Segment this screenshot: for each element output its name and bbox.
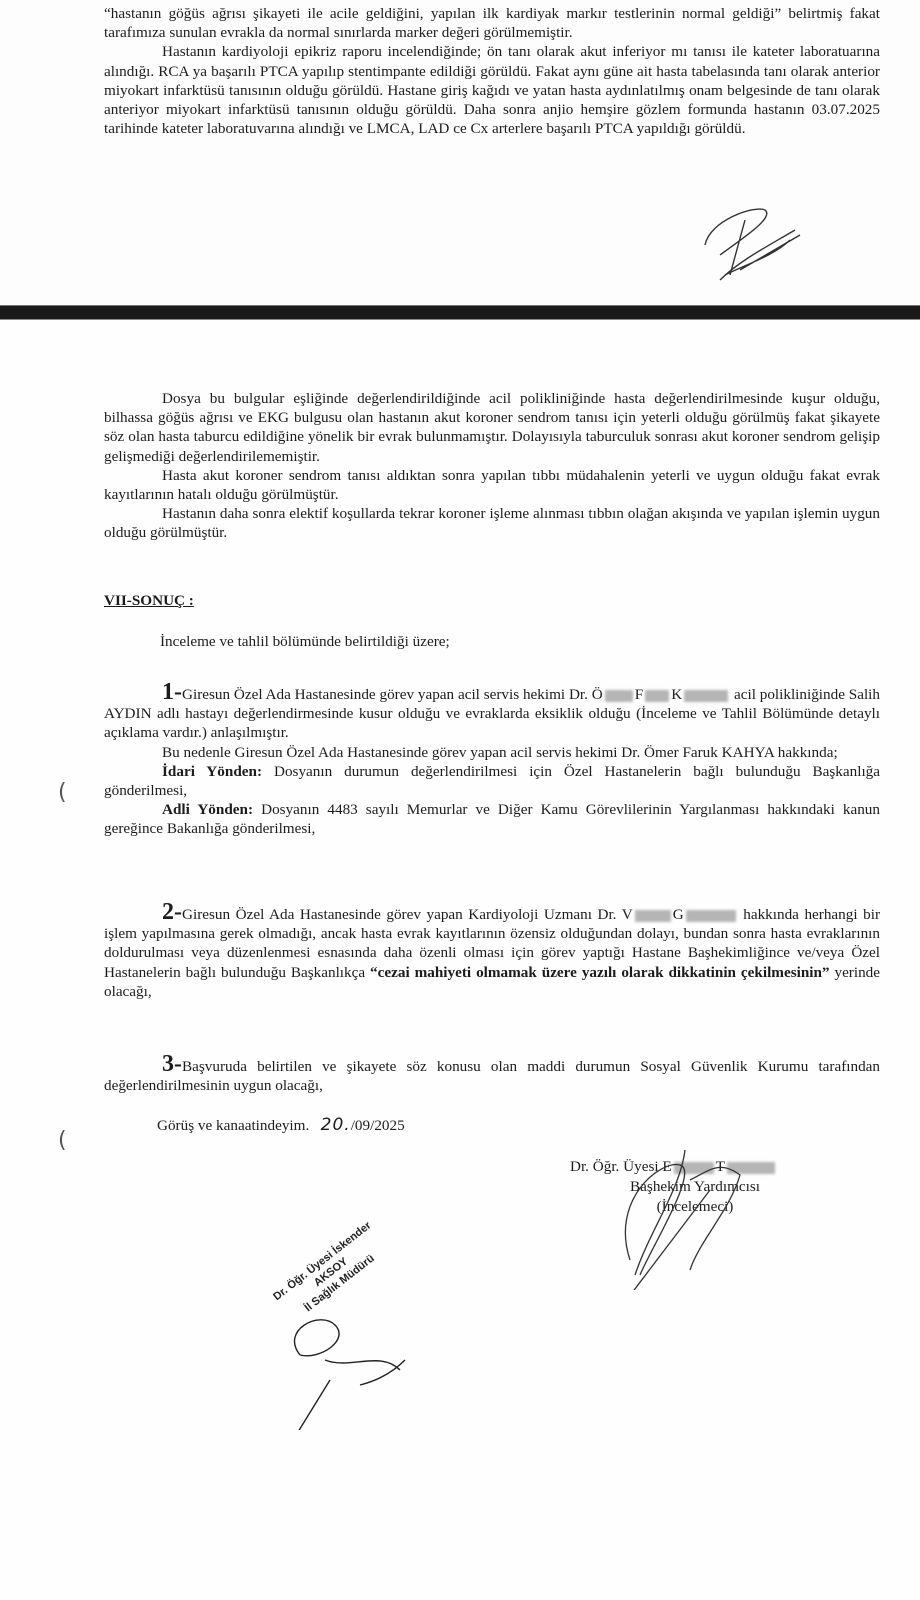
- upper-text-block: “hastanın göğüs ağrısı şikayeti ile acil…: [104, 4, 880, 138]
- redacted-block: [684, 690, 728, 702]
- signer-title: Başhekim Yardımcısı: [570, 1177, 820, 1197]
- signature-upper-icon: [700, 200, 820, 300]
- conclusion-item-1: 1-Giresun Özel Ada Hastanesinde görev ya…: [104, 683, 880, 839]
- page-upper: “hastanın göğüs ağrısı şikayeti ile acil…: [0, 0, 920, 305]
- redacted-block: [686, 910, 736, 922]
- page-divider: [0, 305, 920, 320]
- item-number: 1-: [162, 679, 182, 705]
- item-text: Giresun Özel Ada Hastanesinde görev yapa…: [182, 686, 603, 703]
- redacted-block: [645, 690, 669, 702]
- paragraph: “hastanın göğüs ağrısı şikayeti ile acil…: [104, 4, 880, 42]
- margin-bracket-mark: (: [58, 1128, 67, 1153]
- closing-line: Görüş ve kanaatindeyim. 20./09/2025: [157, 1115, 405, 1135]
- redacted-block: [674, 1162, 714, 1174]
- conclusion-heading: VII-SONUÇ :: [104, 592, 194, 610]
- printed-date: /09/2025: [351, 1117, 405, 1134]
- label-idari: İdari Yönden:: [162, 763, 262, 780]
- item-number: 2-: [162, 899, 182, 925]
- redacted-block: [605, 690, 633, 702]
- conclusion-item-3: 3-Başvuruda belirtilen ve şikayete söz k…: [104, 1055, 880, 1095]
- margin-bracket-mark: (: [58, 780, 67, 805]
- paragraph: Hastanın kardiyoloji epikriz raporu ince…: [104, 42, 880, 138]
- paragraph: Bu nedenle Giresun Özel Ada Hastanesinde…: [104, 743, 880, 762]
- redacted-block: [727, 1162, 775, 1174]
- redacted-block: [635, 910, 671, 922]
- findings-text-block: Dosya bu bulgular eşliğinde değerlendiri…: [104, 389, 880, 543]
- signer-role: (İncelemeci): [570, 1197, 820, 1217]
- label-adli: Adli Yönden:: [162, 801, 253, 818]
- paragraph: Dosya bu bulgular eşliğinde değerlendiri…: [104, 389, 880, 466]
- signature-block: Dr. Öğr. Üyesi ET Başhekim Yardımcısı (İ…: [570, 1157, 820, 1217]
- conclusion-intro: İnceleme ve tahlil bölümünde belirtildiğ…: [160, 633, 450, 651]
- item-number: 3-: [162, 1051, 182, 1077]
- conclusion-item-2: 2-Giresun Özel Ada Hastanesinde görev ya…: [104, 903, 880, 1001]
- emphasis-quote: “cezai mahiyeti olmamak üzere yazılı ola…: [370, 964, 829, 981]
- signer-name: Dr. Öğr. Üyesi E: [570, 1158, 672, 1175]
- paragraph: Hasta akut koroner sendrom tanısı aldıkt…: [104, 466, 880, 504]
- paragraph: Hastanın daha sonra elektif koşullarda t…: [104, 504, 880, 542]
- handwritten-date: 20.: [321, 1115, 351, 1135]
